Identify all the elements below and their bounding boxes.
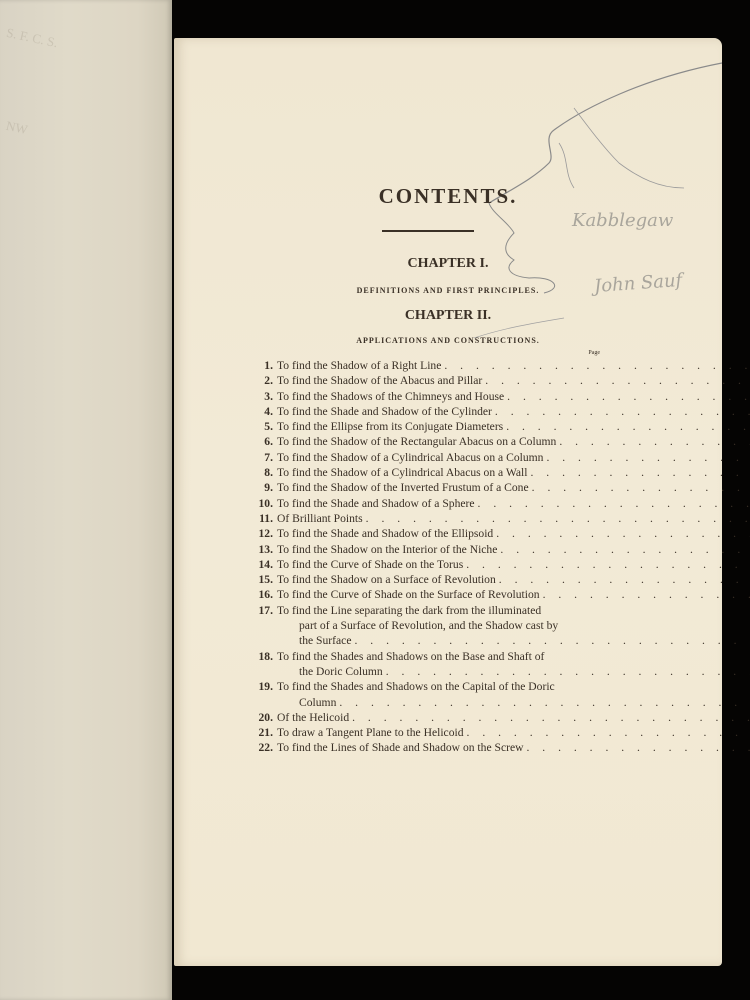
entry-title: To find the Shadow of a Cylindrical Abac… <box>277 465 527 480</box>
dot-leader <box>556 434 750 449</box>
entry-title: To find the Shade and Shadow of a Sphere <box>277 496 475 511</box>
entry-title: To find the Shadow of a Cylindrical Abac… <box>277 450 543 465</box>
toc-entry: 13.To find the Shadow on the Interior of… <box>252 542 602 557</box>
entry-title: To find the Shadow on a Surface of Revol… <box>277 572 496 587</box>
dot-leader <box>497 542 750 557</box>
entry-title: Of the Helicoid <box>277 710 349 725</box>
contents-page: Kabblegaw John Sauf CONTENTS. CHAPTER I.… <box>174 38 722 966</box>
pencil-handwriting: Kabblegaw <box>572 210 673 231</box>
toc-entry: 10.To find the Shade and Shadow of a Sph… <box>252 496 602 511</box>
entry-number: 4. <box>252 404 277 419</box>
toc-entry: 7.To find the Shadow of a Cylindrical Ab… <box>252 450 602 465</box>
dot-leader <box>543 450 750 465</box>
entry-number: 22. <box>252 740 277 755</box>
entry-number: 15. <box>252 572 277 587</box>
toc-entry: 6.To find the Shadow of the Rectangular … <box>252 434 602 449</box>
toc-entry: 2.To find the Shadow of the Abacus and P… <box>252 373 602 388</box>
toc-entry: 16.To find the Curve of Shade on the Sur… <box>252 587 602 602</box>
dot-leader <box>363 511 750 526</box>
entry-number: 16. <box>252 587 277 602</box>
entry-number: 9. <box>252 480 277 495</box>
dot-leader <box>493 526 750 541</box>
title-rule <box>382 230 474 232</box>
page-column-label: Page <box>588 346 600 361</box>
entry-title: To find the Shadow of the Inverted Frust… <box>277 480 529 495</box>
entry-number: 14. <box>252 557 277 572</box>
toc-entry: 4.To find the Shade and Shadow of the Cy… <box>252 404 602 419</box>
entry-title: To find the Shadow of the Abacus and Pil… <box>277 373 482 388</box>
dot-leader <box>336 695 750 710</box>
chapter-heading: CHAPTER I. <box>174 256 722 272</box>
entry-title: part of a Surface of Revolution, and the… <box>299 618 558 633</box>
dot-leader <box>475 496 750 511</box>
entry-number: 21. <box>252 725 277 740</box>
entry-title: To find the Shadow of a Right Line <box>277 358 441 373</box>
dot-leader <box>523 740 750 755</box>
toc-entry: 11.Of Brilliant Points44 <box>252 511 602 526</box>
toc-entry: 18.To find the Shades and Shadows on the… <box>252 649 602 680</box>
entry-title: To find the Ellipse from its Conjugate D… <box>277 419 503 434</box>
entry-title: To find the Line separating the dark fro… <box>277 603 541 618</box>
dot-leader <box>349 710 750 725</box>
entry-title: To find the Shade and Shadow of the Elli… <box>277 526 493 541</box>
entry-number: 19. <box>252 679 277 710</box>
toc-entry: 20.Of the Helicoid76 <box>252 710 602 725</box>
entry-title: To find the Curve of Shade on the Surfac… <box>277 587 540 602</box>
toc-entry: 14.To find the Curve of Shade on the Tor… <box>252 557 602 572</box>
entry-number: 17. <box>252 603 277 649</box>
toc-entry: 8.To find the Shadow of a Cylindrical Ab… <box>252 465 602 480</box>
entry-title: the Doric Column <box>299 664 383 679</box>
dot-leader <box>529 480 750 495</box>
page-title: CONTENTS. <box>174 184 722 209</box>
entry-number: 12. <box>252 526 277 541</box>
dot-leader <box>482 373 750 388</box>
dot-leader <box>383 664 750 679</box>
entry-number: 18. <box>252 649 277 680</box>
entry-title: To find the Lines of Shade and Shadow on… <box>277 740 523 755</box>
entry-number: 2. <box>252 373 277 388</box>
entry-number: 6. <box>252 434 277 449</box>
entry-title: To find the Shadow on the Interior of th… <box>277 542 497 557</box>
toc-entry: 22.To find the Lines of Shade and Shadow… <box>252 740 602 755</box>
left-page-ghost-text: NW <box>5 118 30 138</box>
entry-title: To find the Shadow of the Rectangular Ab… <box>277 434 556 449</box>
left-page: S. F. C. S. NW <box>0 0 172 1000</box>
entry-number: 3. <box>252 389 277 404</box>
dot-leader <box>464 725 750 740</box>
toc-entry: 21.To draw a Tangent Plane to the Helico… <box>252 725 602 740</box>
entry-title: Column <box>299 695 336 710</box>
entry-title: Of Brilliant Points <box>277 511 363 526</box>
dot-leader <box>351 633 750 648</box>
dot-leader <box>540 587 750 602</box>
entry-number: 20. <box>252 710 277 725</box>
dot-leader <box>504 389 750 404</box>
entry-number: 1. <box>252 358 277 373</box>
entry-title: To find the Shades and Shadows on the Ba… <box>277 649 544 664</box>
entry-number: 8. <box>252 465 277 480</box>
dot-leader <box>503 419 750 434</box>
toc-entry: 5.To find the Ellipse from its Conjugate… <box>252 419 602 434</box>
toc-entry: 17.To find the Line separating the dark … <box>252 603 602 649</box>
dot-leader <box>527 465 750 480</box>
chapter-subtitle: DEFINITIONS AND FIRST PRINCIPLES. <box>174 286 722 295</box>
entry-title: To find the Shade and Shadow of the Cyli… <box>277 404 492 419</box>
entry-number: 13. <box>252 542 277 557</box>
toc-entry: 15.To find the Shadow on a Surface of Re… <box>252 572 602 587</box>
chapter-subtitle: APPLICATIONS AND CONSTRUCTIONS. <box>174 336 722 345</box>
toc-entry: 3.To find the Shadows of the Chimneys an… <box>252 389 602 404</box>
dot-leader <box>492 404 750 419</box>
entry-number: 11. <box>252 511 277 526</box>
left-page-ghost-text: S. F. C. S. <box>5 25 59 51</box>
toc-entry: 1.To find the Shadow of a Right Line16 <box>252 358 602 373</box>
toc-entry: 12.To find the Shade and Shadow of the E… <box>252 526 602 541</box>
entry-number: 7. <box>252 450 277 465</box>
toc-entry: 9.To find the Shadow of the Inverted Fru… <box>252 480 602 495</box>
chapter-heading: CHAPTER II. <box>174 308 722 324</box>
entry-title: To find the Shadows of the Chimneys and … <box>277 389 504 404</box>
entry-title: To find the Curve of Shade on the Torus <box>277 557 463 572</box>
table-of-contents: Page 1.To find the Shadow of a Right Lin… <box>252 358 602 756</box>
entry-number: 5. <box>252 419 277 434</box>
dot-leader <box>463 557 750 572</box>
entry-title: the Surface <box>299 633 351 648</box>
toc-entry: 19.To find the Shades and Shadows on the… <box>252 679 602 710</box>
entry-title: To find the Shades and Shadows on the Ca… <box>277 679 555 694</box>
entry-number: 10. <box>252 496 277 511</box>
entry-title: To draw a Tangent Plane to the Helicoid <box>277 725 464 740</box>
dot-leader <box>496 572 750 587</box>
